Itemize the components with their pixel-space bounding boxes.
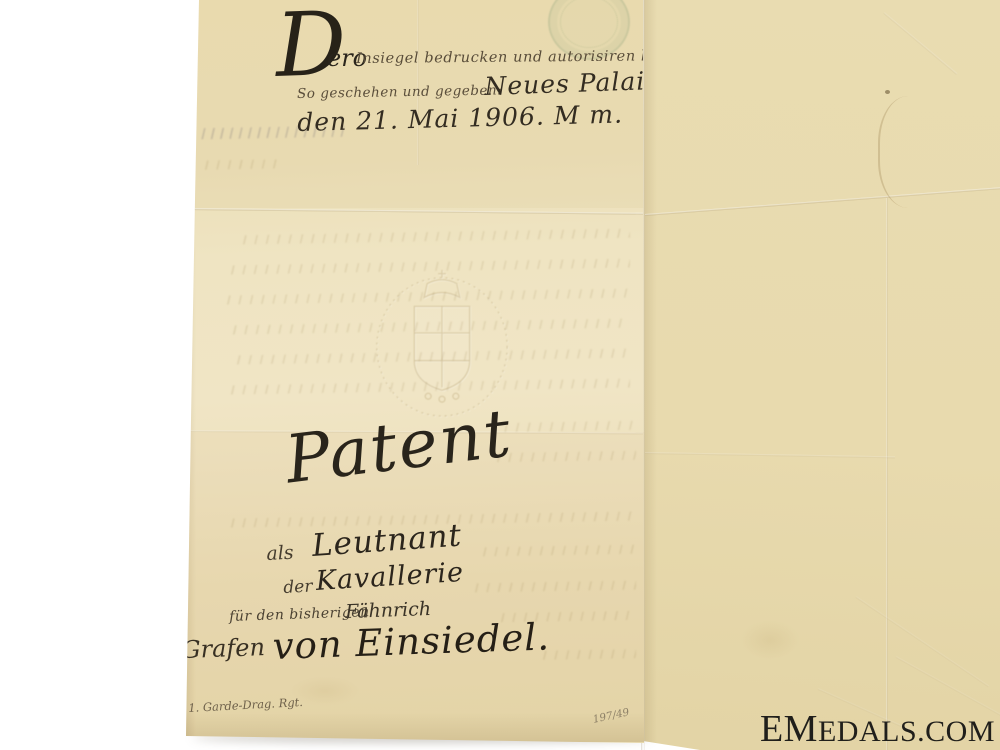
fold-crease-right-vertical [886, 198, 888, 750]
watermark: EMEDALS.COM [760, 710, 995, 748]
watermark-part3: .COM [917, 715, 995, 748]
ghost-writing [202, 159, 282, 169]
ghost-writing [540, 649, 636, 660]
regiment-annotation: 1. Garde-Drag. Rgt. [188, 697, 303, 714]
grant-rank-prefix: als [266, 544, 294, 564]
opening-place: Neues Palais, [484, 68, 668, 99]
ghost-writing [240, 229, 630, 245]
opening-formula: So geschehen und gegeben: [297, 84, 502, 101]
fold-crease-left-vertical [417, 0, 419, 165]
recipient-name: von Einsiedel. [272, 618, 550, 665]
paper-speck [885, 90, 890, 94]
recipient-rank: Fähnrich [345, 600, 431, 622]
watermark-part1: EM [760, 708, 818, 750]
fold-crease-hook [878, 96, 938, 208]
ghost-writing [490, 421, 638, 433]
photo-canvas: D ero Insiegel bedrucken und autorisiren… [0, 0, 1000, 750]
recipient-title: Grafen [181, 635, 265, 662]
watermark-part2: EDALS [818, 715, 917, 748]
paper-stain [740, 620, 800, 660]
grant-branch-prefix: der [283, 578, 313, 596]
fold-crease-left-horizontal [188, 208, 643, 215]
